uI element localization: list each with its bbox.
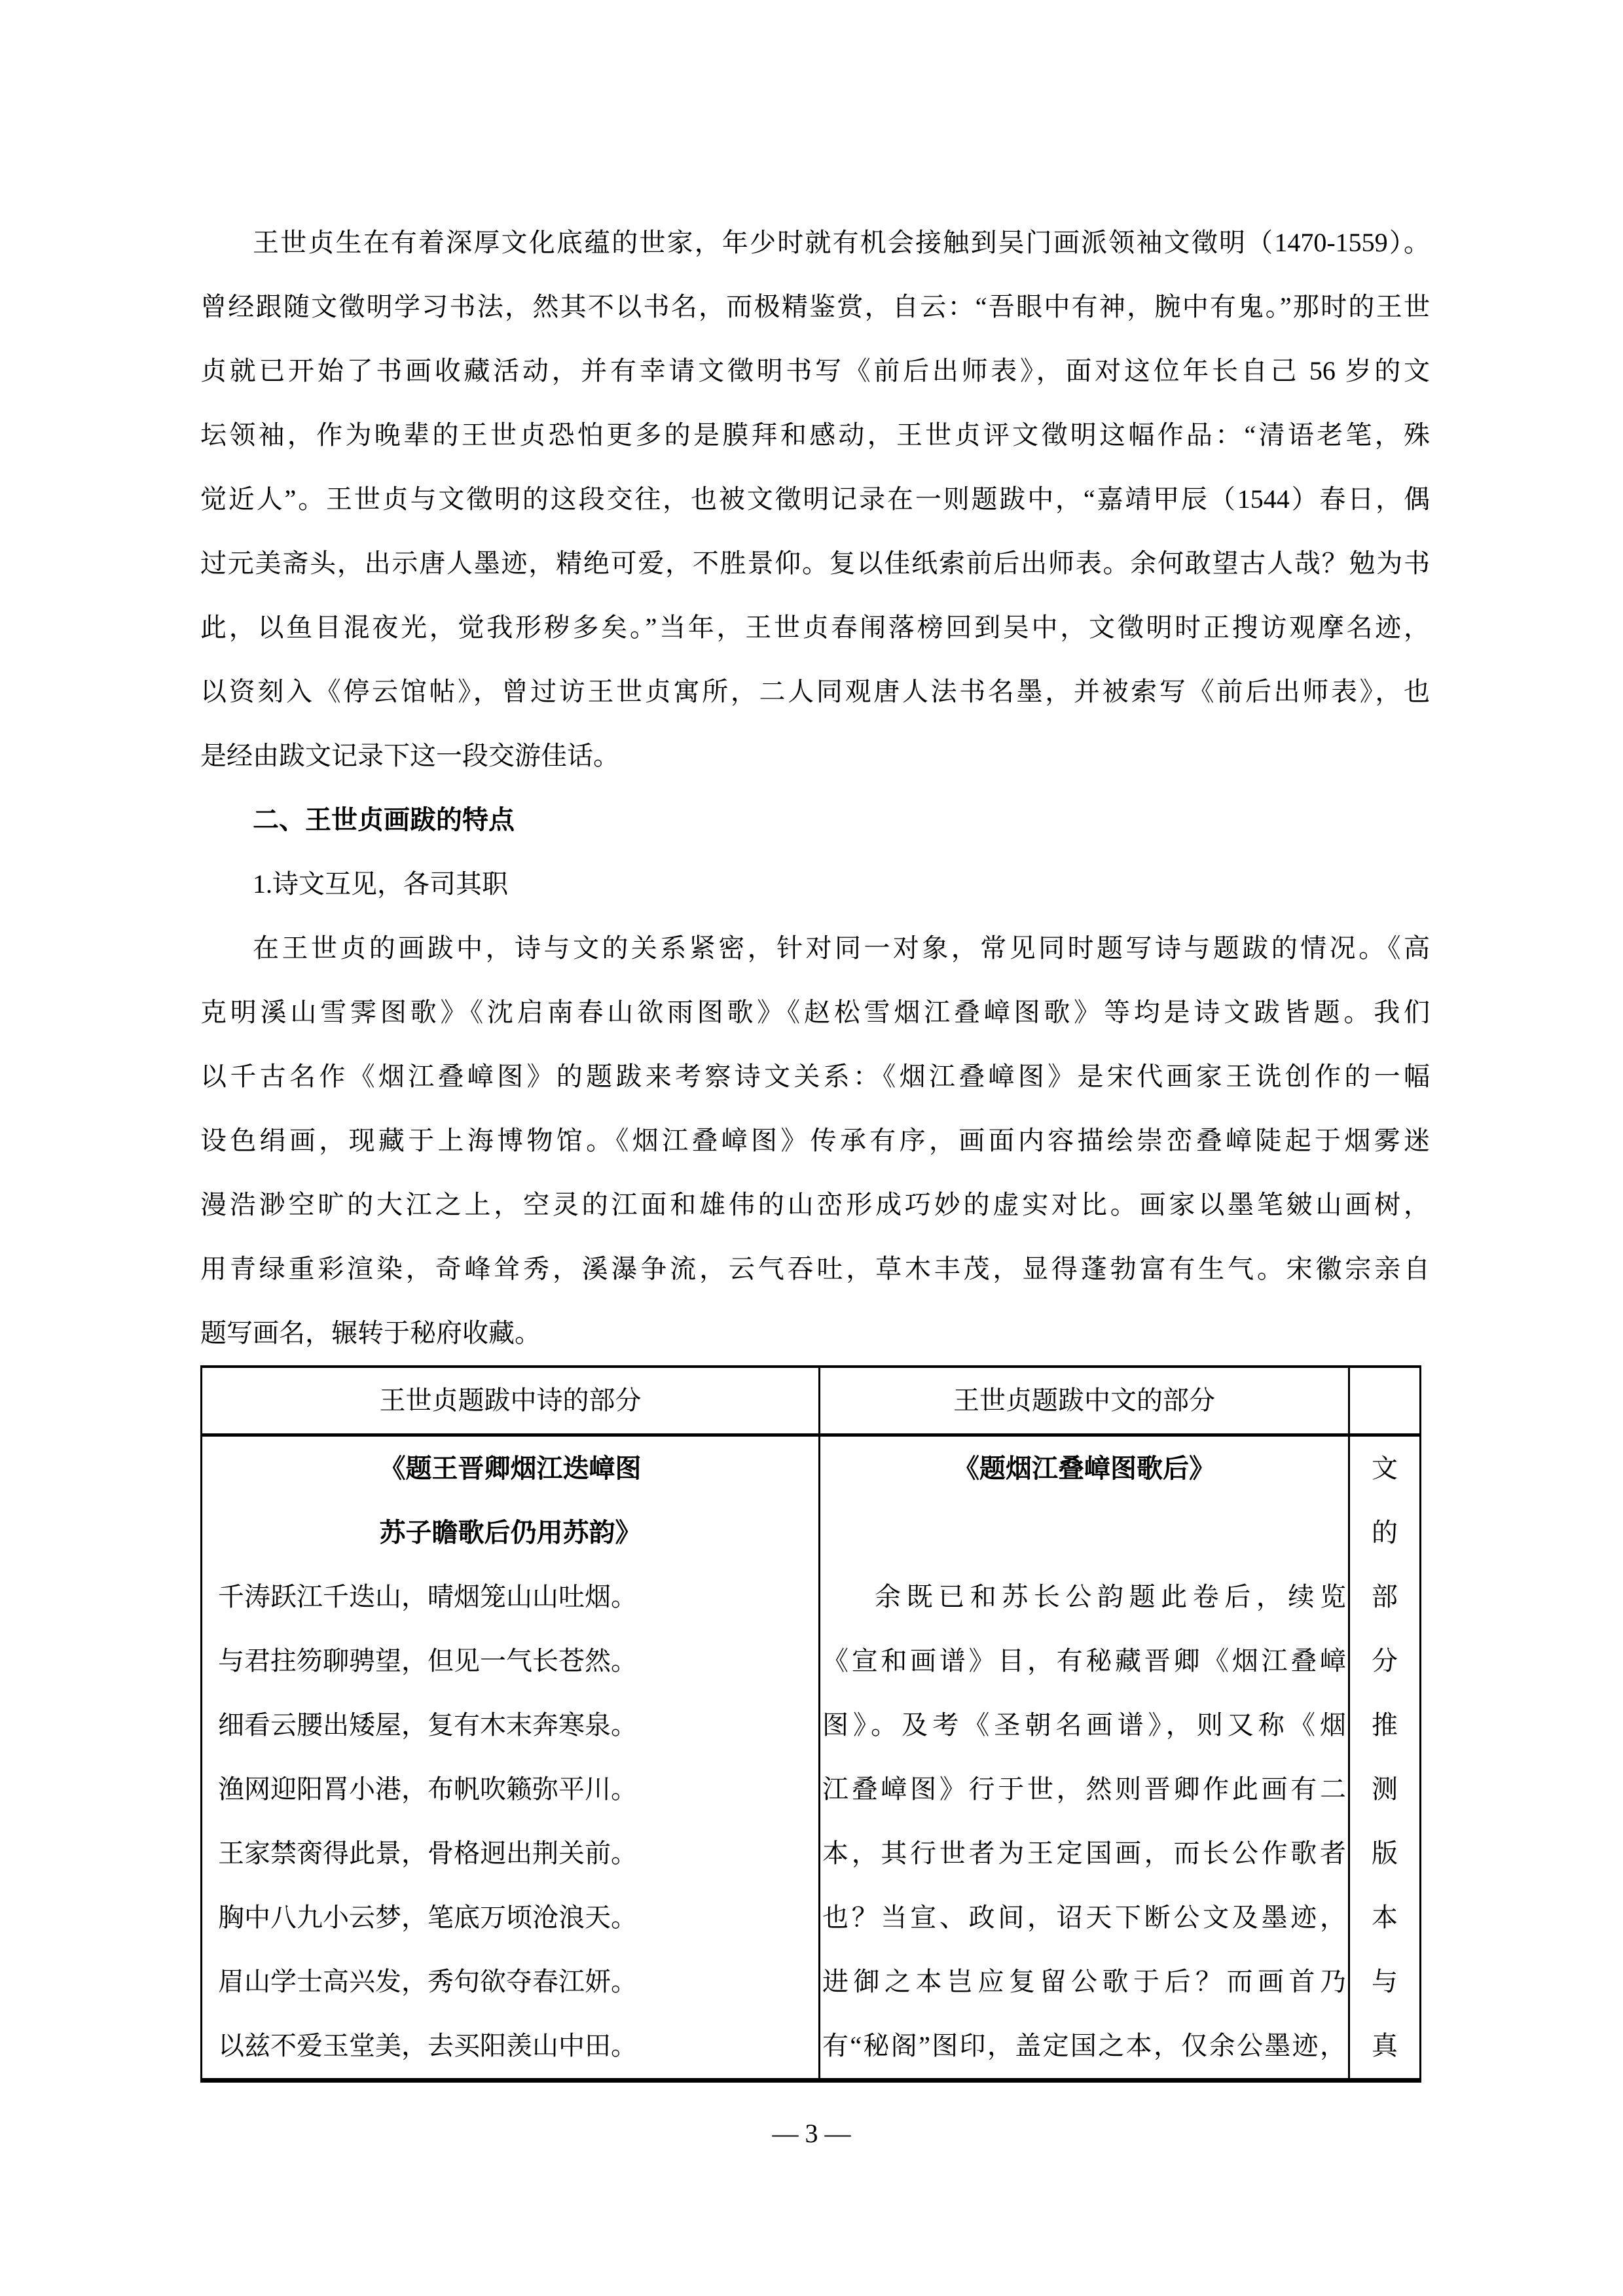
prose-line: 《宣和画谱》目，有秘藏晋卿《烟江叠嶂 bbox=[822, 1629, 1346, 1693]
side-annotation-char: 文 bbox=[1350, 1437, 1419, 1501]
prose-paragraph: 余既已和苏长公韵题此卷后，续览《宣和画谱》目，有秘藏晋卿《烟江叠嶂图》。及考《圣… bbox=[820, 1565, 1348, 2078]
prose-title: 《题烟江叠嶂图歌后》 bbox=[820, 1437, 1348, 1501]
poem-title-line: 《题王晋卿烟江迭嶂图 bbox=[202, 1437, 818, 1501]
page-content: 王世贞生在有着深厚文化底蕴的世家，年少时就有机会接触到吴门画派领袖文徵明（147… bbox=[200, 211, 1430, 2083]
text-line: 漫浩渺空旷的大江之上，空灵的江面和雄伟的山峦形成巧妙的虚实对比。画家以墨笔皴山画… bbox=[200, 1173, 1430, 1237]
poem-line: 以兹不爱玉堂美，去买阳羡山中田。 bbox=[202, 2014, 818, 2078]
comparison-table: 王世贞题跋中诗的部分 王世贞题跋中文的部分 《题王晋卿烟江迭嶂图苏子瞻歌后仍用苏… bbox=[200, 1365, 1421, 2083]
page-number: — 3 — bbox=[0, 2102, 1623, 2166]
prose-line: 也？当宣、政间，诏天下断公文及墨迹， bbox=[822, 1886, 1346, 1950]
text-line: 以资刻入《停云馆帖》，曾过访王世贞寓所，二人同观唐人法书名墨，并被索写《前后出师… bbox=[200, 660, 1430, 724]
section-heading: 二、王世贞画跋的特点 bbox=[200, 788, 1430, 852]
poem-line: 眉山学士高兴发，秀句欲夺春江妍。 bbox=[202, 1950, 818, 2014]
side-annotation-column: 文的部分推测版本与真 bbox=[1350, 1437, 1419, 2078]
poem-title-line: 苏子瞻歌后仍用苏韵》 bbox=[202, 1501, 818, 1565]
text-line: 觉近人”。王世贞与文徵明的这段交往，也被文徵明记录在一则题跋中，“嘉靖甲辰（15… bbox=[200, 467, 1430, 531]
side-annotation-char: 分 bbox=[1350, 1629, 1419, 1693]
text-line: 是经由跋文记录下这一段交游佳话。 bbox=[200, 724, 1430, 788]
spacer-line bbox=[820, 1501, 1348, 1565]
poem-line: 王家禁脔得此景，骨格迥出荆关前。 bbox=[202, 1821, 818, 1886]
poem-lines: 千涛跃江千迭山，晴烟笼山山吐烟。与君拄笏聊骋望，但见一气长苍然。细看云腰出矮屋，… bbox=[202, 1565, 818, 2078]
table-header-poem: 王世贞题跋中诗的部分 bbox=[202, 1368, 820, 1433]
text-line: 曾经跟随文徵明学习书法，然其不以书名，而极精鉴赏，自云：“吾眼中有神，腕中有鬼。… bbox=[200, 275, 1430, 339]
text-line: 此，以鱼目混夜光，觉我形秽多矣。”当年，王世贞春闱落榜回到吴中，文徵明时正搜访观… bbox=[200, 596, 1430, 660]
side-annotation-char: 测 bbox=[1350, 1757, 1419, 1821]
table-header-side bbox=[1350, 1368, 1419, 1433]
poem-line: 细看云腰出矮屋，复有木末奔寒泉。 bbox=[202, 1693, 818, 1757]
paragraph-painting-colophon: 在王世贞的画跋中，诗与文的关系紧密，针对同一对象，常见同时题写诗与题跋的情况。《… bbox=[200, 916, 1430, 1365]
text-line: 王世贞生在有着深厚文化底蕴的世家，年少时就有机会接触到吴门画派领袖文徵明（147… bbox=[200, 211, 1430, 275]
poem-line: 胸中八九小云梦，笔底万顷沧浪天。 bbox=[202, 1886, 818, 1950]
side-annotation-char: 与 bbox=[1350, 1950, 1419, 2014]
poem-line: 与君拄笏聊骋望，但见一气长苍然。 bbox=[202, 1629, 818, 1693]
text-line: 以千古名作《烟江叠嶂图》的题跋来考察诗文关系：《烟江叠嶂图》是宋代画家王诜创作的… bbox=[200, 1045, 1430, 1109]
text-line: 克明溪山雪霁图歌》《沈启南春山欲雨图歌》《赵松雪烟江叠嶂图歌》等均是诗文跋皆题。… bbox=[200, 980, 1430, 1045]
side-annotation-char: 推 bbox=[1350, 1693, 1419, 1757]
side-annotation-char: 真 bbox=[1350, 2014, 1419, 2078]
text-line: 坛领袖，作为晚辈的王世贞恐怕更多的是膜拜和感动，王世贞评文徵明这幅作品：“清语老… bbox=[200, 403, 1430, 467]
table-body-row: 《题王晋卿烟江迭嶂图苏子瞻歌后仍用苏韵》 千涛跃江千迭山，晴烟笼山山吐烟。与君拄… bbox=[202, 1437, 1419, 2078]
prose-line: 余既已和苏长公韵题此卷后，续览 bbox=[822, 1565, 1346, 1629]
document-page: 王世贞生在有着深厚文化底蕴的世家，年少时就有机会接触到吴门画派领袖文徵明（147… bbox=[0, 0, 1623, 2296]
text-line: 用青绿重彩渲染，奇峰耸秀，溪瀑争流，云气吞吐，草木丰茂，显得蓬勃富有生气。宋徽宗… bbox=[200, 1237, 1430, 1301]
side-annotation-char: 的 bbox=[1350, 1501, 1419, 1565]
side-annotation-char: 部 bbox=[1350, 1565, 1419, 1629]
table-header-row: 王世贞题跋中诗的部分 王世贞题跋中文的部分 bbox=[202, 1368, 1419, 1437]
prose-line: 图》。及考《圣朝名画谱》，则又称《烟 bbox=[822, 1693, 1346, 1757]
text-line: 题写画名，辗转于秘府收藏。 bbox=[200, 1301, 1430, 1365]
text-line: 过元美斋头，出示唐人墨迹，精绝可爱，不胜景仰。复以佳纸索前后出师表。余何敢望古人… bbox=[200, 531, 1430, 596]
side-annotation-char: 版 bbox=[1350, 1821, 1419, 1886]
text-line: 贞就已开始了书画收藏活动，并有幸请文徵明书写《前后出师表》，面对这位年长自己 5… bbox=[200, 339, 1430, 403]
paragraph-biography: 王世贞生在有着深厚文化底蕴的世家，年少时就有机会接触到吴门画派领袖文徵明（147… bbox=[200, 211, 1430, 788]
prose-line: 有“秘阁”图印，盖定国之本，仅余公墨迹， bbox=[822, 2014, 1346, 2078]
poem-cell: 《题王晋卿烟江迭嶂图苏子瞻歌后仍用苏韵》 千涛跃江千迭山，晴烟笼山山吐烟。与君拄… bbox=[202, 1437, 820, 2078]
poem-line: 渔网迎阳罥小港，布帆吹籁弥平川。 bbox=[202, 1757, 818, 1821]
prose-line: 进御之本岂应复留公歌于后？而画首乃 bbox=[822, 1950, 1346, 2014]
prose-line: 江叠嶂图》行于世，然则晋卿作此画有二 bbox=[822, 1757, 1346, 1821]
subsection-heading: 1.诗文互见，各司其职 bbox=[200, 852, 1430, 916]
text-line: 在王世贞的画跋中，诗与文的关系紧密，针对同一对象，常见同时题写诗与题跋的情况。《… bbox=[200, 916, 1430, 980]
prose-cell: 《题烟江叠嶂图歌后》 余既已和苏长公韵题此卷后，续览《宣和画谱》目，有秘藏晋卿《… bbox=[820, 1437, 1350, 2078]
side-annotation-char: 本 bbox=[1350, 1886, 1419, 1950]
poem-title: 《题王晋卿烟江迭嶂图苏子瞻歌后仍用苏韵》 bbox=[202, 1437, 818, 1565]
table-header-prose: 王世贞题跋中文的部分 bbox=[820, 1368, 1350, 1433]
poem-line: 千涛跃江千迭山，晴烟笼山山吐烟。 bbox=[202, 1565, 818, 1629]
text-line: 设色绢画，现藏于上海博物馆。《烟江叠嶂图》传承有序，画面内容描绘崇峦叠嶂陡起于烟… bbox=[200, 1109, 1430, 1173]
prose-line: 本，其行世者为王定国画，而长公作歌者 bbox=[822, 1821, 1346, 1886]
